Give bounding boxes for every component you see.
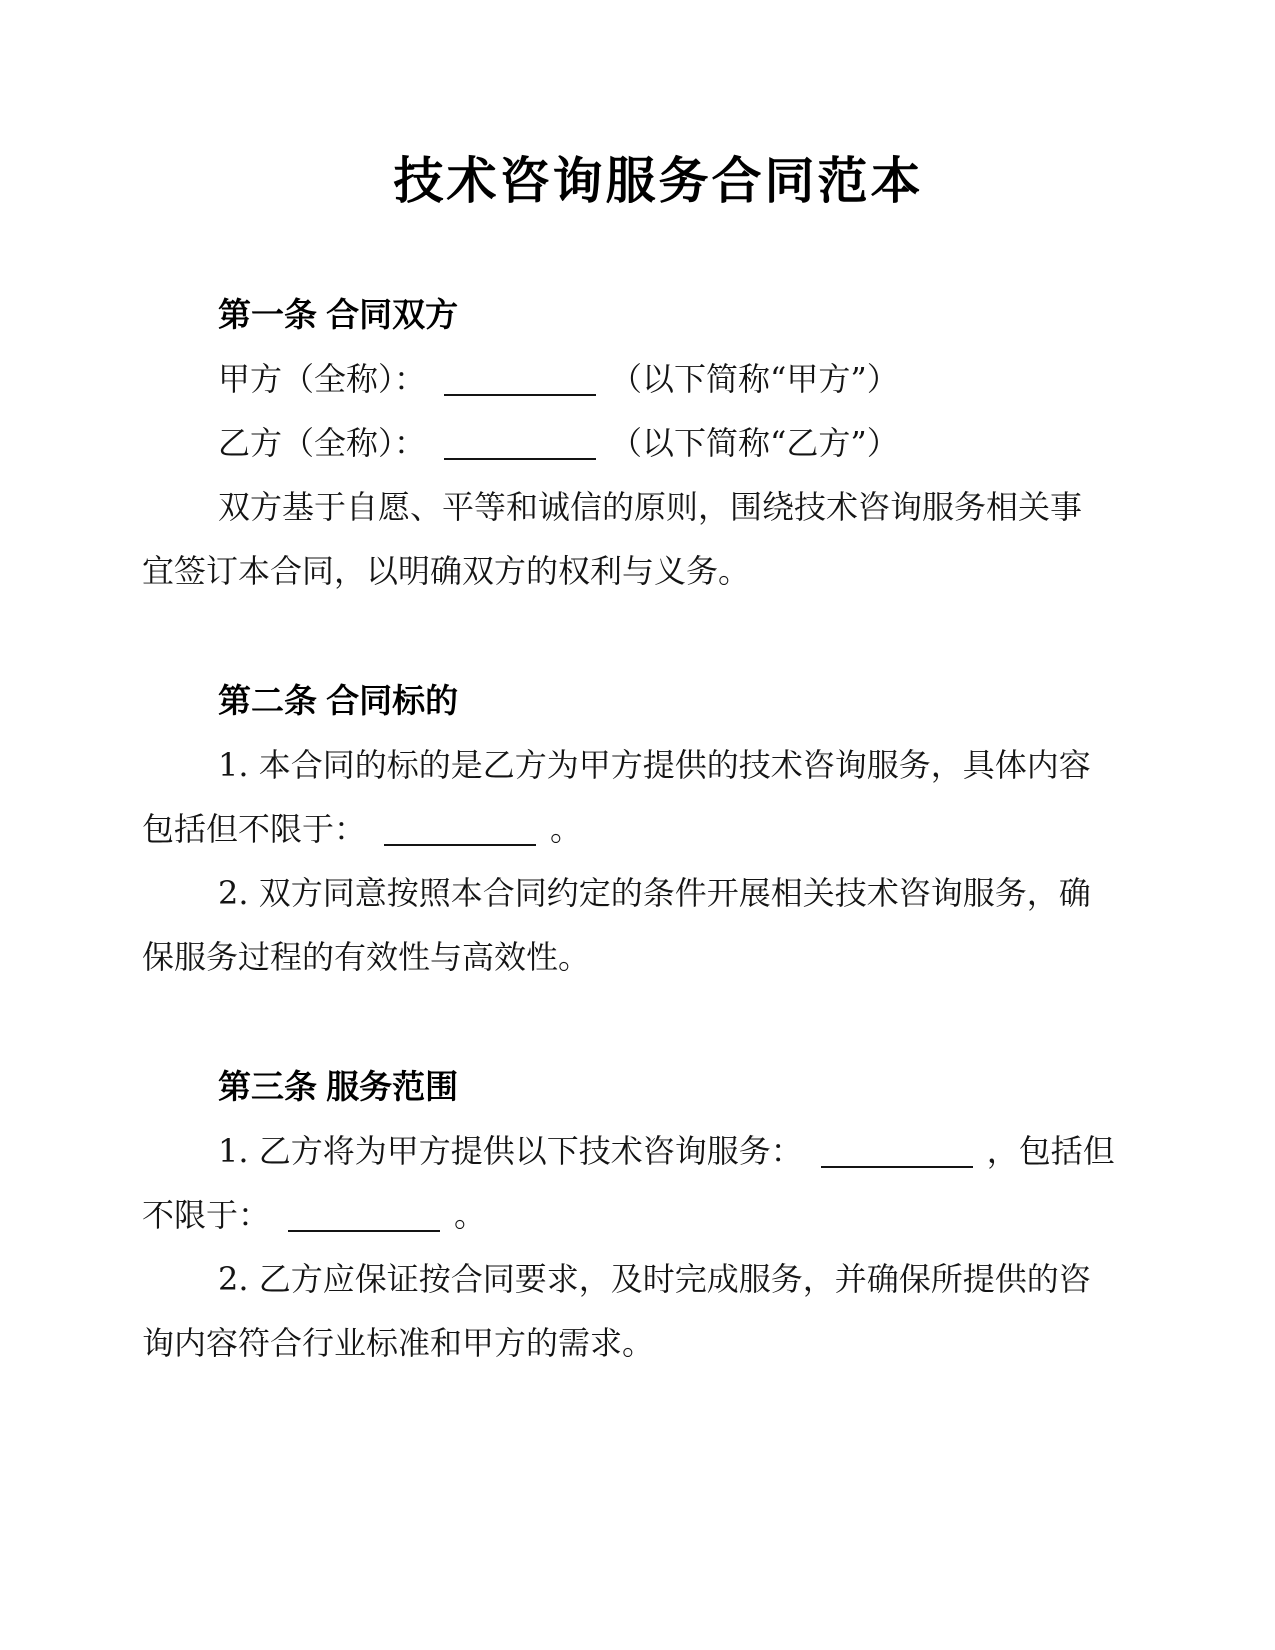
text-run: 甲方（全称）： [218,360,426,398]
paragraph-line: 不限于：。 [142,1183,1175,1247]
text-run: 询内容符合行业标准和甲方的需求。 [142,1324,654,1362]
document-content: 技术咨询服务合同范本 第一条 合同双方甲方（全称）：（以下简称“甲方”）乙方（全… [0,0,1275,1375]
text-run: 不限于： [142,1196,270,1234]
paragraph-line: 2. 乙方应保证按合同要求，及时完成服务，并确保所提供的咨 [142,1247,1175,1311]
paragraph-line: 保服务过程的有效性与高效性。 [142,925,1175,989]
contract-section-2: 第二条 合同标的1. 本合同的标的是乙方为甲方提供的技术咨询服务，具体内容包括但… [142,669,1175,989]
paragraph-line: 宜签订本合同，以明确双方的权利与义务。 [142,539,1175,603]
text-run: 双方基于自愿、平等和诚信的原则，围绕技术咨询服务相关事 [218,488,1082,526]
section-heading: 第二条 合同标的 [142,669,1175,733]
document-page: 技术咨询服务合同范本 第一条 合同双方甲方（全称）：（以下简称“甲方”）乙方（全… [0,0,1275,1650]
document-title: 技术咨询服务合同范本 [142,145,1175,217]
text-run: 。 [550,810,582,848]
paragraph-line: 包括但不限于：。 [142,797,1175,861]
fill-in-blank-underline [444,428,596,460]
text-run: （以下简称“乙方”） [610,424,899,462]
text-run: 。 [454,1196,486,1234]
paragraph-line: 2. 双方同意按照本合同约定的条件开展相关技术咨询服务，确 [142,861,1175,925]
paragraph: 甲方（全称）：（以下简称“甲方”） [142,347,1175,411]
paragraph: 2. 乙方应保证按合同要求，及时完成服务，并确保所提供的咨询内容符合行业标准和甲… [142,1247,1175,1375]
text-run: ，包括但 [987,1132,1115,1170]
paragraph: 2. 双方同意按照本合同约定的条件开展相关技术咨询服务，确保服务过程的有效性与高… [142,861,1175,989]
text-run: 宜签订本合同，以明确双方的权利与义务。 [142,552,750,590]
contract-section-1: 第一条 合同双方甲方（全称）：（以下简称“甲方”）乙方（全称）：（以下简称“乙方… [142,283,1175,603]
paragraph-line: 甲方（全称）：（以下简称“甲方”） [142,347,1175,411]
text-run: 2. 乙方应保证按合同要求，及时完成服务，并确保所提供的咨 [218,1260,1091,1298]
paragraph-line: 双方基于自愿、平等和诚信的原则，围绕技术咨询服务相关事 [142,475,1175,539]
paragraph: 1. 乙方将为甲方提供以下技术咨询服务：，包括但不限于：。 [142,1119,1175,1247]
text-run: 保服务过程的有效性与高效性。 [142,938,590,976]
paragraph-line: 乙方（全称）：（以下简称“乙方”） [142,411,1175,475]
contract-body: 第一条 合同双方甲方（全称）：（以下简称“甲方”）乙方（全称）：（以下简称“乙方… [142,283,1175,1375]
text-run: 包括但不限于： [142,810,366,848]
text-run: 2. 双方同意按照本合同约定的条件开展相关技术咨询服务，确 [218,874,1091,912]
fill-in-blank-underline [444,364,596,396]
paragraph: 乙方（全称）：（以下简称“乙方”） [142,411,1175,475]
paragraph-line: 1. 乙方将为甲方提供以下技术咨询服务：，包括但 [142,1119,1175,1183]
text-run: 1. 乙方将为甲方提供以下技术咨询服务： [218,1132,803,1170]
text-run: 乙方（全称）： [218,424,426,462]
contract-section-3: 第三条 服务范围1. 乙方将为甲方提供以下技术咨询服务：，包括但不限于：。2. … [142,1055,1175,1375]
fill-in-blank-underline [821,1136,973,1168]
section-heading: 第三条 服务范围 [142,1055,1175,1119]
fill-in-blank-underline [288,1200,440,1232]
fill-in-blank-underline [384,814,536,846]
text-run: （以下简称“甲方”） [610,360,899,398]
paragraph: 双方基于自愿、平等和诚信的原则，围绕技术咨询服务相关事宜签订本合同，以明确双方的… [142,475,1175,603]
text-run: 1. 本合同的标的是乙方为甲方提供的技术咨询服务，具体内容 [218,746,1091,784]
paragraph-line: 询内容符合行业标准和甲方的需求。 [142,1311,1175,1375]
section-heading: 第一条 合同双方 [142,283,1175,347]
paragraph: 1. 本合同的标的是乙方为甲方提供的技术咨询服务，具体内容包括但不限于：。 [142,733,1175,861]
paragraph-line: 1. 本合同的标的是乙方为甲方提供的技术咨询服务，具体内容 [142,733,1175,797]
